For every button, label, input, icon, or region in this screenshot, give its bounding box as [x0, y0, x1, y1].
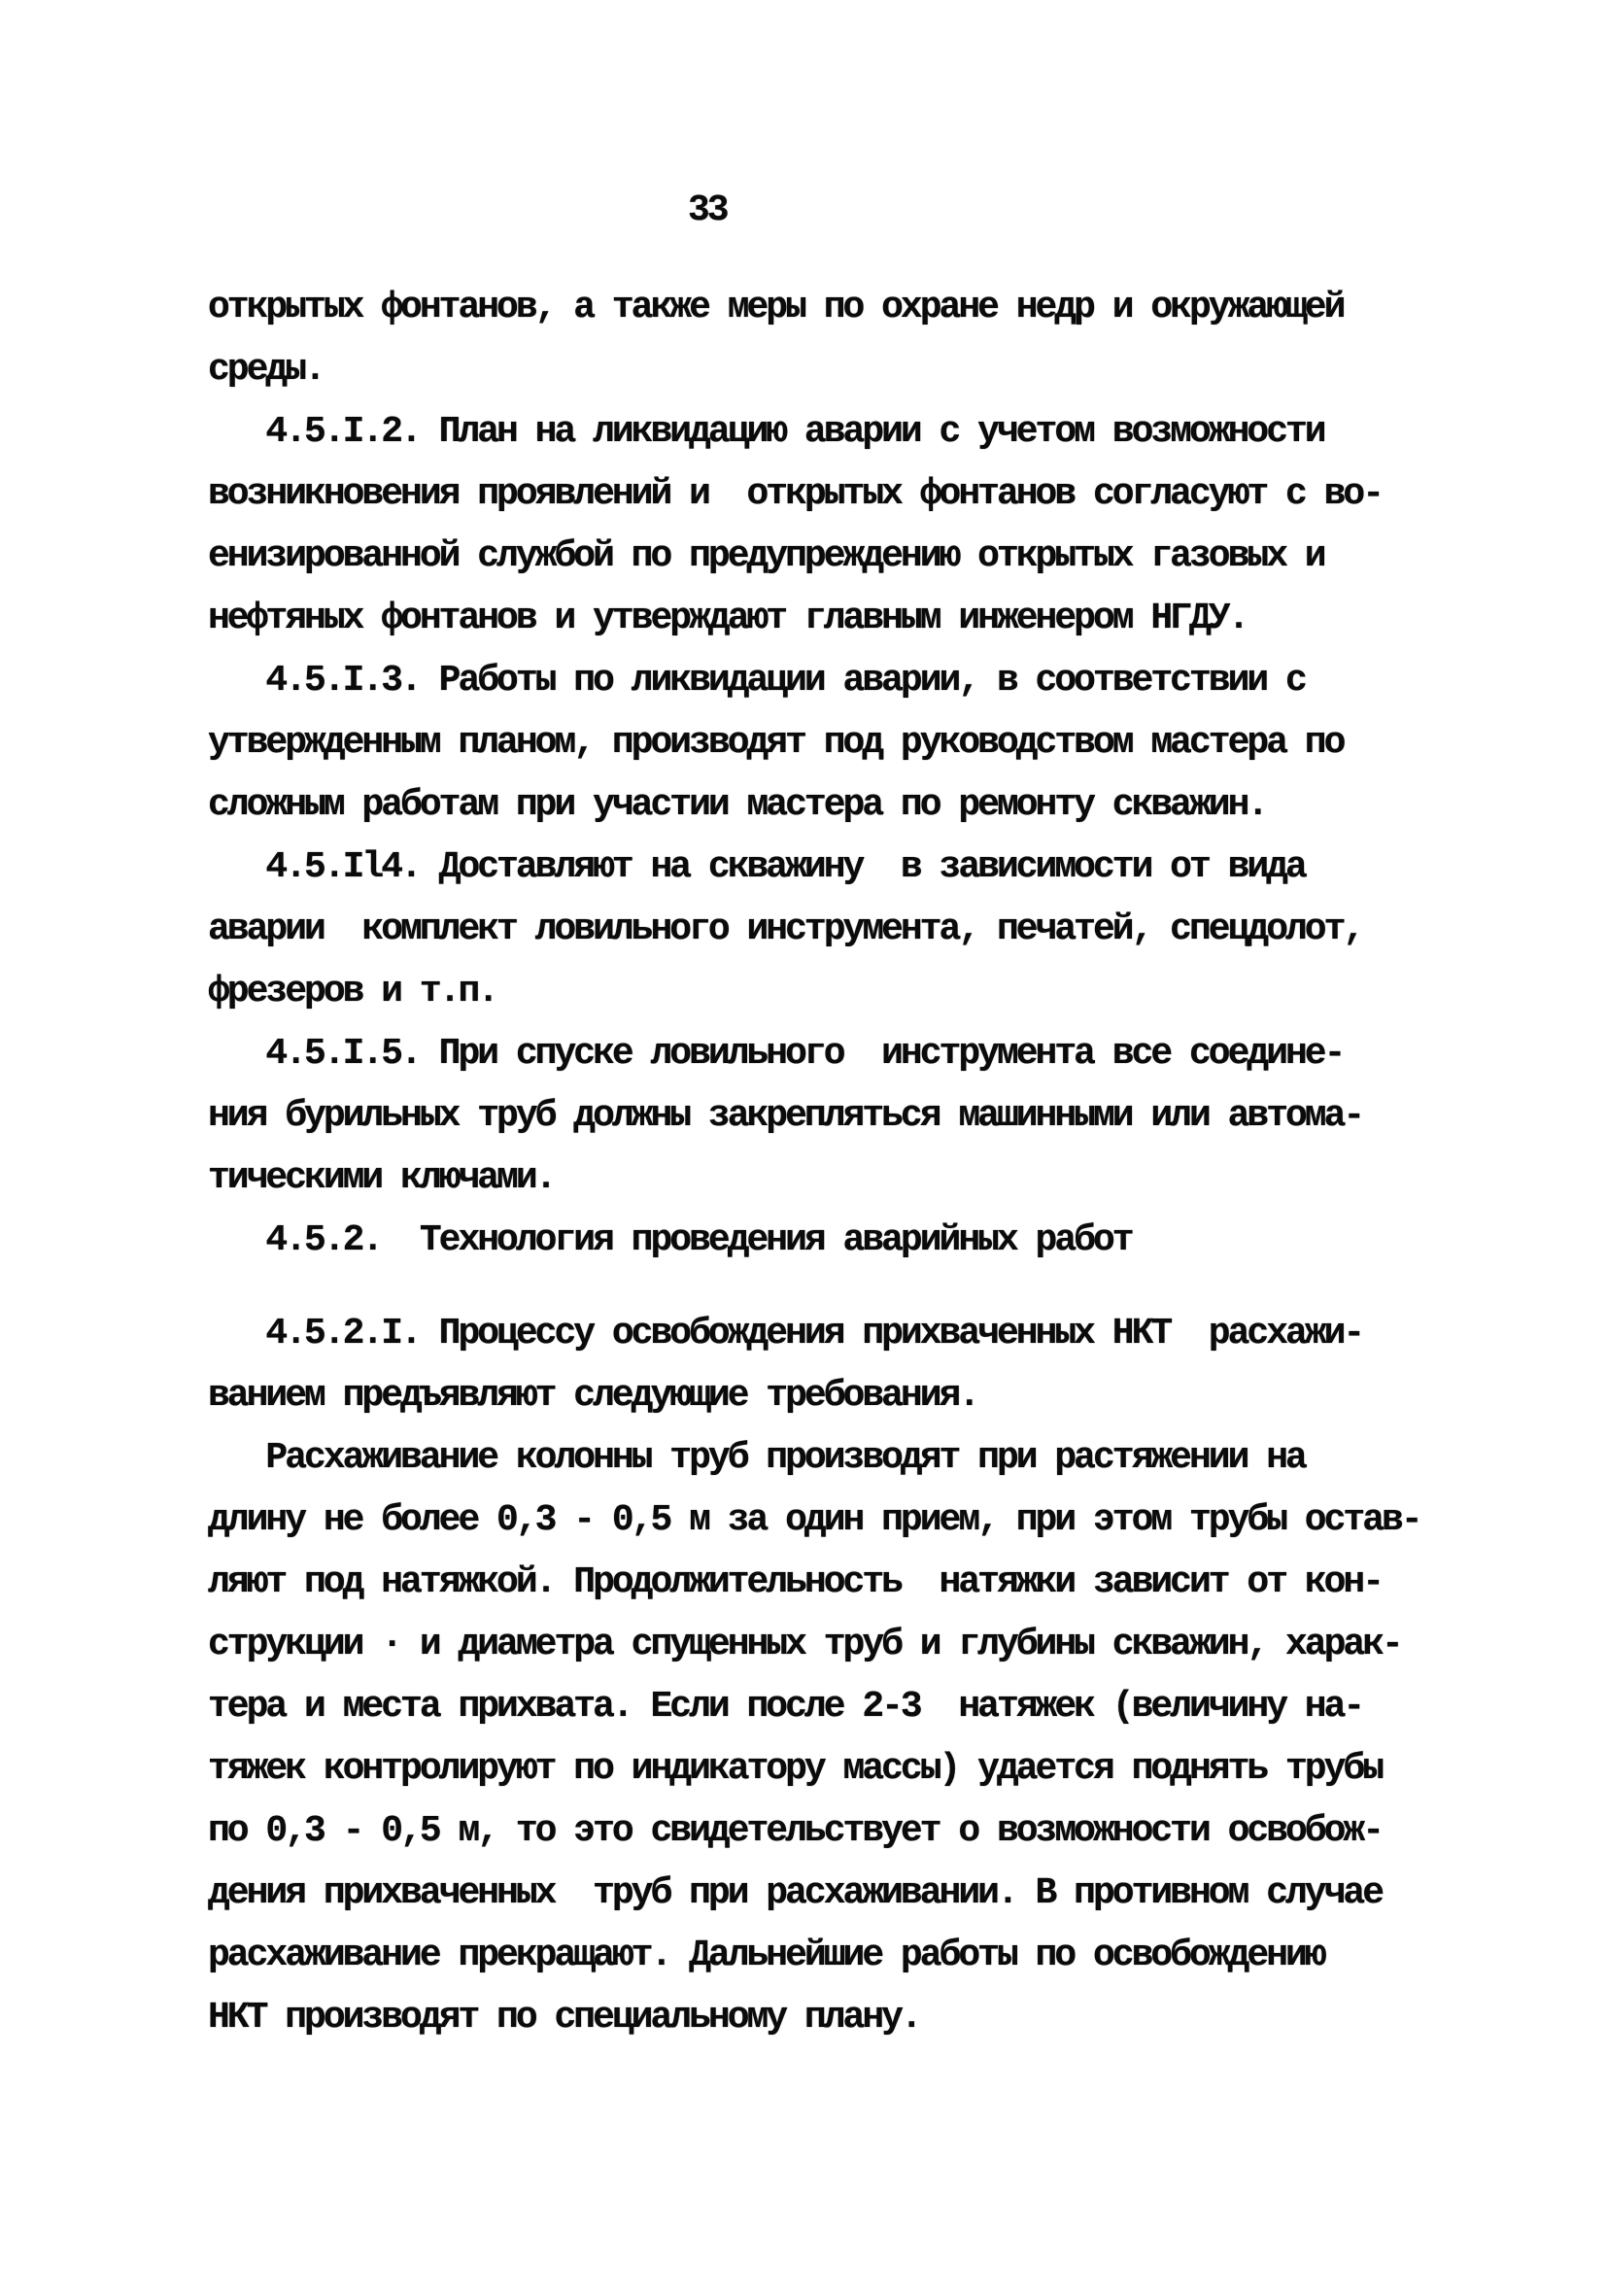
- text-line: 4.5.I.3. Работы по ликвидации аварии, в …: [208, 650, 1490, 712]
- text-line: тяжек контролируют по индикатору массы) …: [208, 1738, 1490, 1800]
- text-line: 4.5.2. Технология проведения аварийных р…: [208, 1210, 1490, 1272]
- text-line: утвержденным планом, производят под руко…: [208, 712, 1490, 774]
- text-line: 4.5.Il4. Доставляют на скважину в зависи…: [208, 837, 1490, 899]
- text-line: нефтяных фонтанов и утверждают главным и…: [208, 588, 1490, 650]
- scanned-document-page: 33 открытых фонтанов, а также меры по ох…: [0, 0, 1607, 2296]
- text-line: фрезеров и т.п.: [208, 961, 1490, 1023]
- text-line: тическими ключами.: [208, 1148, 1490, 1210]
- text-line: ванием предъявляют следующие требования.: [208, 1365, 1490, 1427]
- text-line: возникновения проявлений и открытых фонт…: [208, 463, 1490, 526]
- text-line: аварии комплект ловильного инструмента, …: [208, 899, 1490, 961]
- text-line: Расхаживание колонны труб производят при…: [208, 1427, 1490, 1490]
- text-line: открытых фонтанов, а также меры по охран…: [208, 277, 1490, 339]
- text-line: расхаживание прекращают. Дальнейшие рабо…: [208, 1925, 1490, 1987]
- document-text: открытых фонтанов, а также меры по охран…: [208, 277, 1490, 2049]
- text-line: 4.5.I.2. План на ликвидацию аварии с уче…: [208, 401, 1490, 463]
- page-number: 33: [688, 191, 727, 230]
- text-line: среды.: [208, 339, 1490, 401]
- text-line: сложным работам при участии мастера по р…: [208, 774, 1490, 837]
- text-line: длину не более 0,3 - 0,5 м за один прием…: [208, 1490, 1490, 1552]
- text-line: НКТ производят по специальному плану.: [208, 1987, 1490, 2049]
- text-line: ляют под натяжкой. Продолжительность нат…: [208, 1552, 1490, 1614]
- text-line: енизированной службой по предупреждению …: [208, 526, 1490, 588]
- text-line: ния бурильных труб должны закрепляться м…: [208, 1085, 1490, 1148]
- text-line: 4.5.2.I. Процессу освобождения прихвачен…: [208, 1303, 1490, 1365]
- text-line: по 0,3 - 0,5 м, то это свидетельствует о…: [208, 1800, 1490, 1863]
- text-line: дения прихваченных труб при расхаживании…: [208, 1863, 1490, 1925]
- text-line: струкции · и диаметра спущенных труб и г…: [208, 1614, 1490, 1676]
- text-line: тера и места прихвата. Если после 2-3 на…: [208, 1676, 1490, 1738]
- text-line: 4.5.I.5. При спуске ловильного инструмен…: [208, 1023, 1490, 1085]
